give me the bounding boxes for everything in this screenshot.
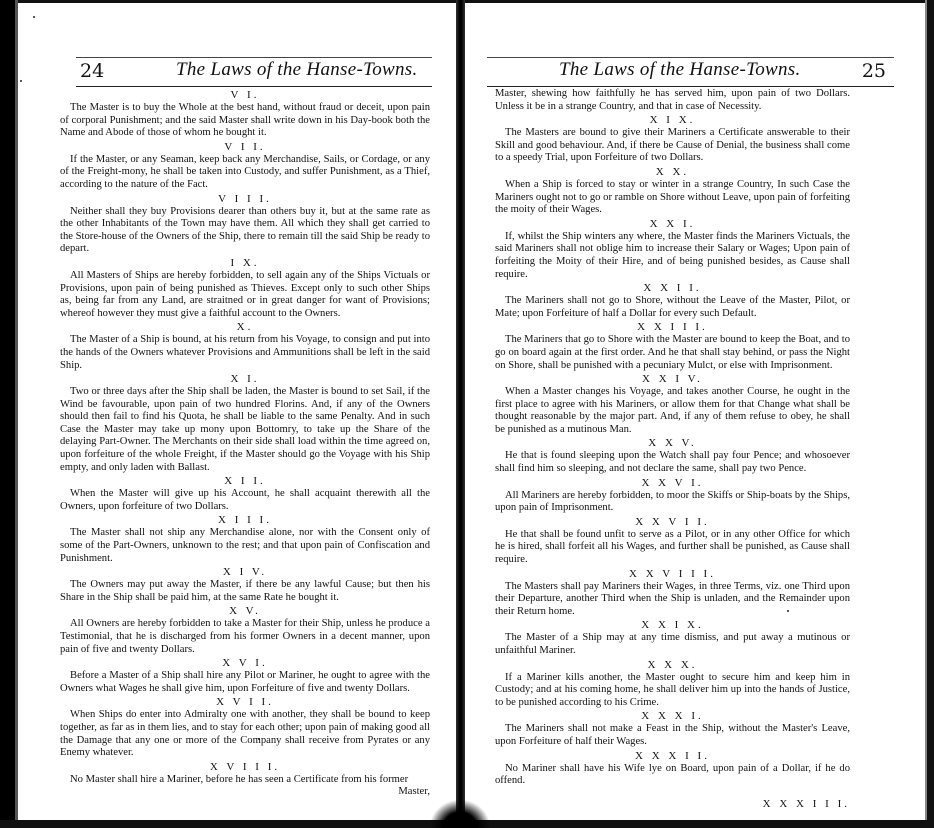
article-text: The Masters are bound to give their Mari… xyxy=(495,127,850,165)
page-edge-right xyxy=(925,0,927,828)
article-number: X I V. xyxy=(60,566,430,579)
article-text: Neither shall they buy Provisions dearer… xyxy=(60,206,430,256)
article-text: Two or three days after the Ship shall b… xyxy=(60,386,430,474)
article-number: V I I I. xyxy=(60,193,430,206)
running-title: The Laws of the Hanse-Towns. xyxy=(176,59,418,81)
scan-edge-right xyxy=(927,0,934,828)
article-number: X V I I I. xyxy=(60,761,430,774)
article-number: X X V I. xyxy=(495,477,850,490)
running-head: 24 The Laws of the Hanse-Towns. xyxy=(76,57,432,87)
page-number: 25 xyxy=(862,60,886,82)
article-number: X V I. xyxy=(60,657,430,670)
article-number: X I X. xyxy=(495,114,850,127)
article-number: X I I. xyxy=(60,475,430,488)
article-number: V I. xyxy=(60,89,430,102)
article-number: X X. xyxy=(495,166,850,179)
article-number: X X X I. xyxy=(495,710,850,723)
article-text: If a Mariner kills another, the Master o… xyxy=(495,672,850,710)
article-number: X X I I. xyxy=(495,282,850,295)
article-number: X X I I I. xyxy=(495,321,850,334)
article-text: The Master shall not ship any Merchandis… xyxy=(60,527,430,565)
book-gutter xyxy=(456,0,465,828)
article-text: He that is found sleeping upon the Watch… xyxy=(495,450,850,475)
article-text: If, whilst the Ship winters any where, t… xyxy=(495,231,850,281)
scan-edge-left xyxy=(0,0,15,828)
page-edge-left xyxy=(15,0,18,828)
article-text: The Mariners that go to Shore with the M… xyxy=(495,334,850,372)
article-text: All Masters of Ships are hereby forbidde… xyxy=(60,270,430,320)
article-number: X X I X. xyxy=(495,619,850,632)
article-text: When the Master will give up his Account… xyxy=(60,488,430,513)
running-head: The Laws of the Hanse-Towns. 25 xyxy=(487,57,894,87)
article-text: He that shall be found unfit to serve as… xyxy=(495,529,850,567)
page-body: V I.The Master is to buy the Whole at th… xyxy=(60,88,430,799)
article-text: When Ships do enter into Admiralty one w… xyxy=(60,709,430,759)
left-page: 24 The Laws of the Hanse-Towns. V I.The … xyxy=(60,0,430,828)
article-text: The Master of a Ship may at any time dis… xyxy=(495,632,850,657)
article-number: X V. xyxy=(60,605,430,618)
article-text: The Mariners shall not make a Feast in t… xyxy=(495,723,850,748)
catchword: Master, xyxy=(60,786,430,799)
gutter-shadow xyxy=(430,800,490,828)
article-number: I X. xyxy=(60,257,430,270)
catchword: X X X I I I. xyxy=(495,798,850,811)
article-text: The Master of a Ship is bound, at his re… xyxy=(60,334,430,372)
running-title: The Laws of the Hanse-Towns. xyxy=(559,59,801,81)
article-text: Before a Master of a Ship shall hire any… xyxy=(60,670,430,695)
article-number: X X V. xyxy=(495,437,850,450)
article-text: The Master is to buy the Whole at the be… xyxy=(60,102,430,140)
article-text: The Mariners shall not go to Shore, with… xyxy=(495,295,850,320)
article-text: If the Master, or any Seaman, keep back … xyxy=(60,154,430,192)
article-text: When a Ship is forced to stay or winter … xyxy=(495,179,850,217)
article-number: X X X. xyxy=(495,659,850,672)
article-number: X X V I I. xyxy=(495,516,850,529)
article-number: X I. xyxy=(60,373,430,386)
article-number: V I I. xyxy=(60,141,430,154)
article-text: All Owners are hereby forbidden to take … xyxy=(60,618,430,656)
article-text: No Mariner shall have his Wife lye on Bo… xyxy=(495,763,850,788)
page-number: 24 xyxy=(80,60,104,82)
article-number: X. xyxy=(60,321,430,334)
article-text: No Master shall hire a Mariner, before h… xyxy=(60,774,430,787)
article-number: X X V I I I. xyxy=(495,568,850,581)
article-text: All Mariners are hereby forbidden, to mo… xyxy=(495,490,850,515)
article-number: X X X I I. xyxy=(495,750,850,763)
article-text: When a Master changes his Voyage, and ta… xyxy=(495,386,850,436)
article-text: The Masters shall pay Mariners their Wag… xyxy=(495,581,850,619)
right-page: The Laws of the Hanse-Towns. 25 Master, … xyxy=(495,0,850,828)
page-body: Master, shewing how faithfully he has se… xyxy=(495,88,850,811)
scan-speck xyxy=(20,80,22,82)
continued-text: Master, shewing how faithfully he has se… xyxy=(495,88,850,113)
article-text: The Owners may put away the Master, if t… xyxy=(60,579,430,604)
article-number: X X I V. xyxy=(495,373,850,386)
article-number: X I I I. xyxy=(60,514,430,527)
scan-speck xyxy=(33,16,35,18)
article-number: X V I I. xyxy=(60,696,430,709)
book-spread: 24 The Laws of the Hanse-Towns. V I.The … xyxy=(0,0,934,828)
article-number: X X I. xyxy=(495,218,850,231)
